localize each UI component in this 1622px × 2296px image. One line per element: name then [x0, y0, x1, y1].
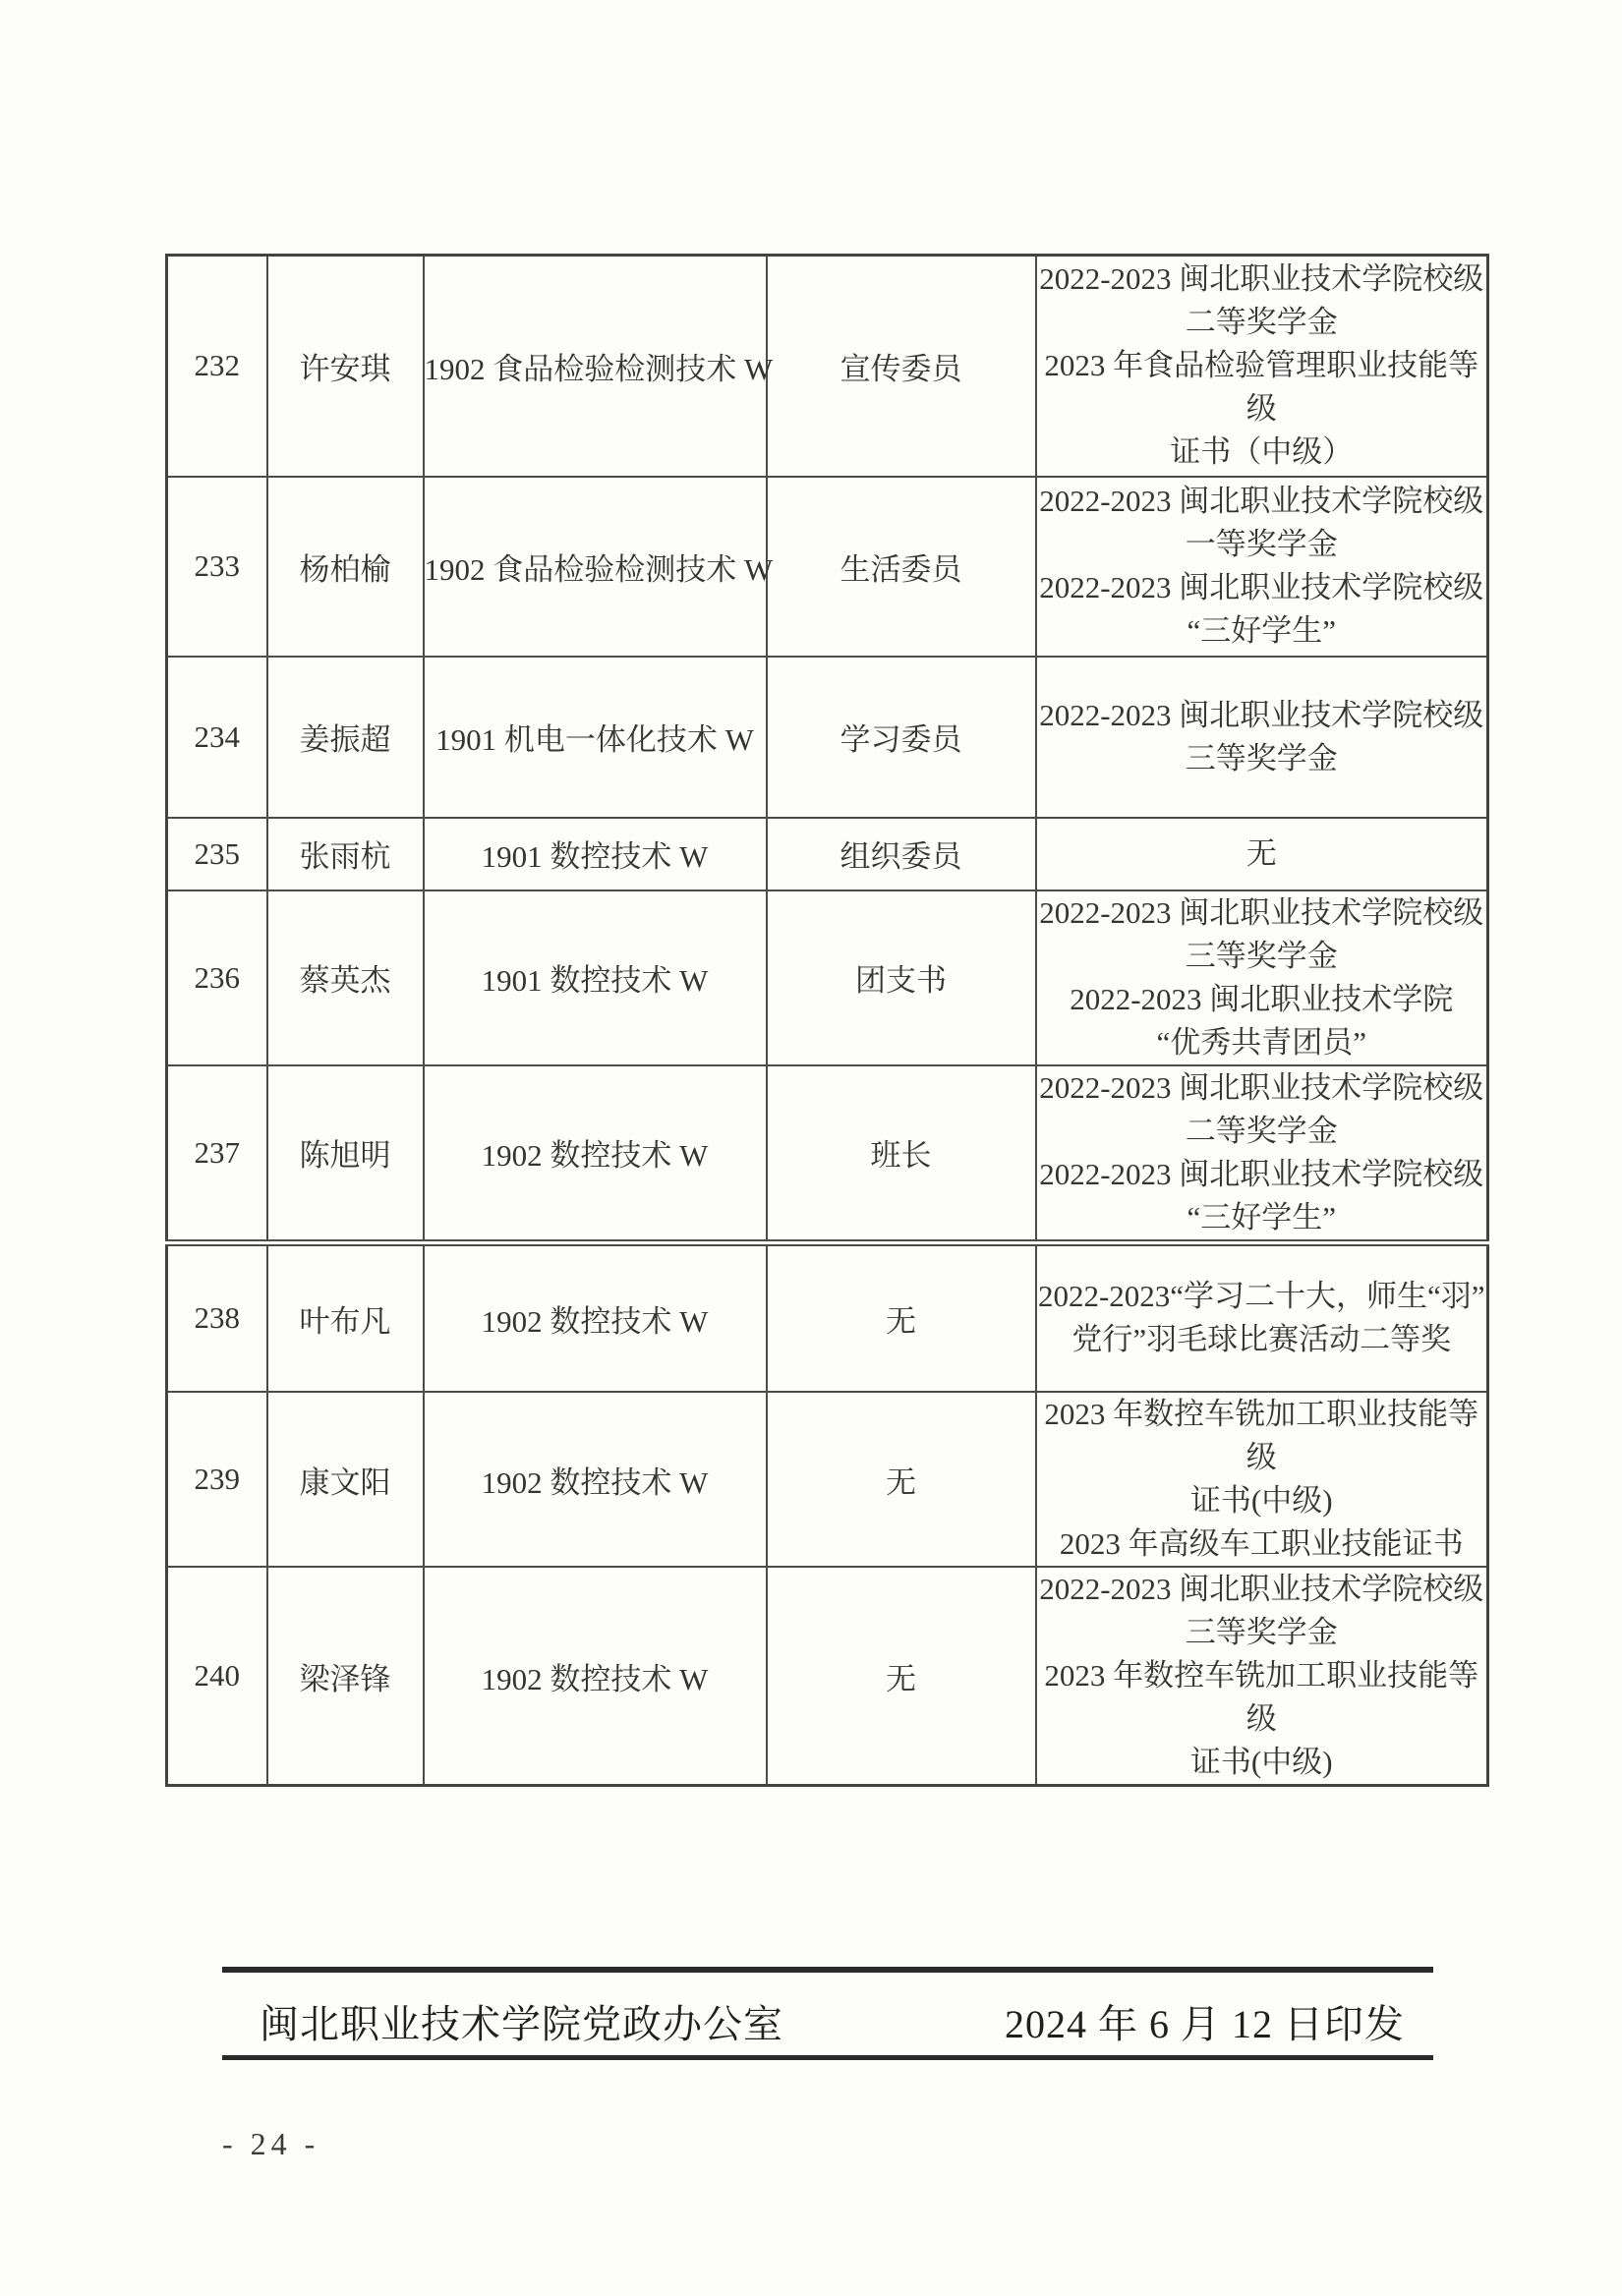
cell-awards: 2022-2023 闽北职业技术学院校级 二等奖学金 2023 年食品检验管理职… — [1036, 256, 1488, 477]
table-row: 233 杨柏榆 1902 食品检验检测技术 W 生活委员 2022-2023 闽… — [167, 477, 1488, 657]
cell-name: 姜振超 — [267, 657, 424, 818]
cell-class: 1901 数控技术 W — [424, 890, 767, 1065]
table-row: 232 许安琪 1902 食品检验检测技术 W 宣传委员 2022-2023 闽… — [167, 256, 1488, 477]
cell-class: 1902 食品检验检测技术 W — [424, 256, 767, 477]
cell-name: 许安琪 — [267, 256, 424, 477]
cell-position: 无 — [767, 1567, 1036, 1786]
table-row: 239 康文阳 1902 数控技术 W 无 2023 年数控车铣加工职业技能等级… — [167, 1392, 1488, 1567]
cell-position: 生活委员 — [767, 477, 1036, 657]
cell-class: 1902 数控技术 W — [424, 1392, 767, 1567]
table-row: 236 蔡英杰 1901 数控技术 W 团支书 2022-2023 闽北职业技术… — [167, 890, 1488, 1065]
cell-no: 239 — [167, 1392, 267, 1567]
cell-class: 1901 机电一体化技术 W — [424, 657, 767, 818]
table-row: 234 姜振超 1901 机电一体化技术 W 学习委员 2022-2023 闽北… — [167, 657, 1488, 818]
cell-no: 236 — [167, 890, 267, 1065]
cell-no: 238 — [167, 1242, 267, 1392]
cell-class: 1902 食品检验检测技术 W — [424, 477, 767, 657]
cell-awards: 2022-2023 闽北职业技术学院校级 一等奖学金 2022-2023 闽北职… — [1036, 477, 1488, 657]
footer-print-date: 2024 年 6 月 12 日印发 — [1005, 1993, 1405, 2049]
table-row: 237 陈旭明 1902 数控技术 W 班长 2022-2023 闽北职业技术学… — [167, 1065, 1488, 1243]
roster-table: 232 许安琪 1902 食品检验检测技术 W 宣传委员 2022-2023 闽… — [165, 254, 1489, 1787]
cell-class: 1902 数控技术 W — [424, 1567, 767, 1786]
cell-name: 康文阳 — [267, 1392, 424, 1567]
cell-position: 团支书 — [767, 890, 1036, 1065]
footer-rule-top — [222, 1967, 1433, 1973]
cell-name: 陈旭明 — [267, 1065, 424, 1243]
cell-position: 学习委员 — [767, 657, 1036, 818]
cell-position: 宣传委员 — [767, 256, 1036, 477]
cell-awards: 无 — [1036, 818, 1488, 890]
cell-position: 班长 — [767, 1065, 1036, 1243]
cell-position: 无 — [767, 1242, 1036, 1392]
cell-name: 叶布凡 — [267, 1242, 424, 1392]
footer-office-label: 闽北职业技术学院党政办公室 — [260, 1993, 783, 2049]
cell-class: 1902 数控技术 W — [424, 1065, 767, 1243]
cell-name: 杨柏榆 — [267, 477, 424, 657]
cell-name: 梁泽锋 — [267, 1567, 424, 1786]
cell-awards: 2022-2023 闽北职业技术学院校级 三等奖学金 2023 年数控车铣加工职… — [1036, 1567, 1488, 1786]
table-row: 235 张雨杭 1901 数控技术 W 组织委员 无 — [167, 818, 1488, 890]
cell-class: 1901 数控技术 W — [424, 818, 767, 890]
cell-awards: 2022-2023“学习二十大，师生“羽” 党行”羽毛球比赛活动二等奖 — [1036, 1242, 1488, 1392]
cell-position: 组织委员 — [767, 818, 1036, 890]
cell-name: 蔡英杰 — [267, 890, 424, 1065]
cell-class: 1902 数控技术 W — [424, 1242, 767, 1392]
cell-no: 235 — [167, 818, 267, 890]
cell-no: 232 — [167, 256, 267, 477]
cell-no: 240 — [167, 1567, 267, 1786]
cell-awards: 2022-2023 闽北职业技术学院校级 三等奖学金 — [1036, 657, 1488, 818]
cell-awards: 2022-2023 闽北职业技术学院校级 二等奖学金 2022-2023 闽北职… — [1036, 1065, 1488, 1243]
cell-no: 233 — [167, 477, 267, 657]
table-row: 240 梁泽锋 1902 数控技术 W 无 2022-2023 闽北职业技术学院… — [167, 1567, 1488, 1786]
cell-no: 237 — [167, 1065, 267, 1243]
cell-no: 234 — [167, 657, 267, 818]
cell-position: 无 — [767, 1392, 1036, 1567]
cell-name: 张雨杭 — [267, 818, 424, 890]
table-row: 238 叶布凡 1902 数控技术 W 无 2022-2023“学习二十大，师生… — [167, 1242, 1488, 1392]
footer-rule-bottom — [222, 2055, 1433, 2060]
cell-awards: 2023 年数控车铣加工职业技能等级 证书(中级) 2023 年高级车工职业技能… — [1036, 1392, 1488, 1567]
document-page: 232 许安琪 1902 食品检验检测技术 W 宣传委员 2022-2023 闽… — [0, 0, 1622, 2296]
page-number: - 24 - — [222, 2126, 319, 2162]
cell-awards: 2022-2023 闽北职业技术学院校级 三等奖学金 2022-2023 闽北职… — [1036, 890, 1488, 1065]
